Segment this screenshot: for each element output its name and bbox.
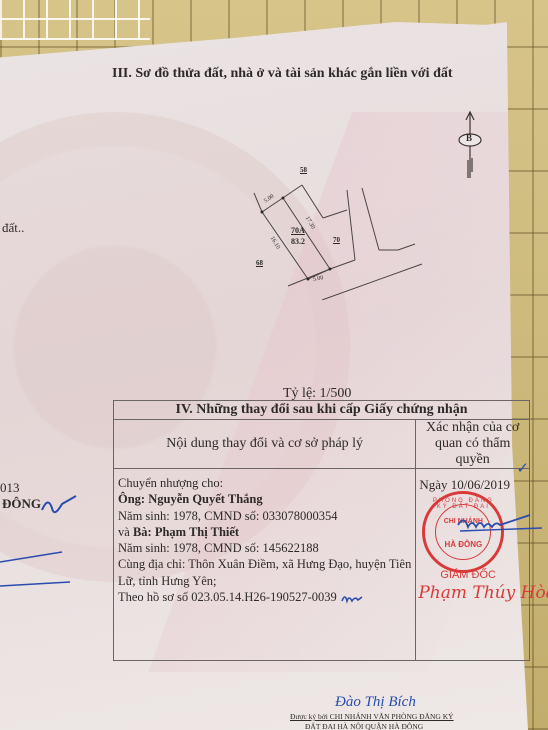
header-confirm-line1: Xác nhận của cơ	[416, 420, 529, 436]
footer-office: ĐẤT ĐAI HÀ NỘI QUẬN HÀ ĐÔNG	[305, 722, 423, 730]
change-content: Chuyển nhượng cho: Ông: Nguyễn Quyết Thắ…	[114, 469, 416, 661]
checkmark-icon: ✓	[516, 459, 529, 478]
director-title: GIÁM ĐỐC	[440, 569, 496, 581]
footer-signed-by: Được ký bởi CHI NHÁNH VĂN PHÒNG ĐĂNG KÝ	[290, 712, 454, 721]
section3-title: III. Sơ đồ thửa đất, nhà ở và tài sản kh…	[112, 66, 453, 82]
content-line-dossier-row: Theo hồ sơ số 023.05.14.H26-190527-0039	[118, 589, 411, 605]
content-line-address-cont: Lữ, tỉnh Hưng Yên;	[118, 573, 411, 589]
footer-signature: Đào Thị Bích	[335, 694, 416, 711]
north-label: B	[466, 133, 472, 143]
header-confirm: Xác nhận của cơ quan có thẩm quyền	[416, 420, 530, 469]
director-name: Phạm Thúy Hòa	[418, 583, 548, 603]
north-arrow: B	[458, 110, 482, 180]
initials-signature	[340, 592, 364, 604]
content-line-buyer1: Ông: Nguyễn Quyết Thắng	[118, 491, 411, 507]
blue-pen-marks	[0, 490, 110, 590]
stamp-ring-text: PHÒNG ĐĂNG KÝ ĐẤT ĐAI	[425, 498, 501, 510]
background-grid	[0, 0, 150, 40]
north-arrow-icon	[458, 110, 482, 180]
left-fragment-dat: đất..	[2, 220, 24, 236]
content-line-buyer2: Bà: Phạm Thị Thiết	[133, 525, 239, 539]
parcel-area: 83.2	[291, 237, 305, 246]
content-line-buyer2-row: và Bà: Phạm Thị Thiết	[118, 524, 411, 540]
content-line-buyer1-id: Năm sinh: 1978, CMND số: 033078000354	[118, 508, 411, 524]
neighbor-70: 70	[333, 236, 340, 244]
stamp-line2: HÀ ĐÔNG	[425, 540, 501, 549]
director-signature	[456, 513, 544, 533]
neighbor-68: 68	[256, 259, 263, 267]
confirmation: ✓ Ngày 10/06/2019 PHÒNG ĐĂNG KÝ ĐẤT ĐAI …	[416, 469, 530, 661]
parcel-plan	[240, 160, 430, 300]
parcel-number: 70A	[291, 226, 305, 235]
header-content: Nội dung thay đổi và cơ sở pháp lý	[114, 420, 416, 469]
section4-title: IV. Những thay đổi sau khi cấp Giấy chứn…	[114, 401, 530, 420]
content-line-address: Cùng địa chỉ: Thôn Xuân Điềm, xã Hưng Đạ…	[118, 556, 411, 572]
header-confirm-line2: quan có thẩm quyền	[416, 436, 529, 468]
content-line-transfer: Chuyển nhượng cho:	[118, 475, 411, 491]
content-line-buyer2-id: Năm sinh: 1978, CMND số: 145622188	[118, 540, 411, 556]
neighbor-58: 58	[300, 166, 307, 174]
content-line-dossier: Theo hồ sơ số 023.05.14.H26-190527-0039	[118, 590, 337, 604]
changes-table: IV. Những thay đổi sau khi cấp Giấy chứn…	[113, 400, 530, 661]
content-conjunction: và	[118, 525, 133, 539]
